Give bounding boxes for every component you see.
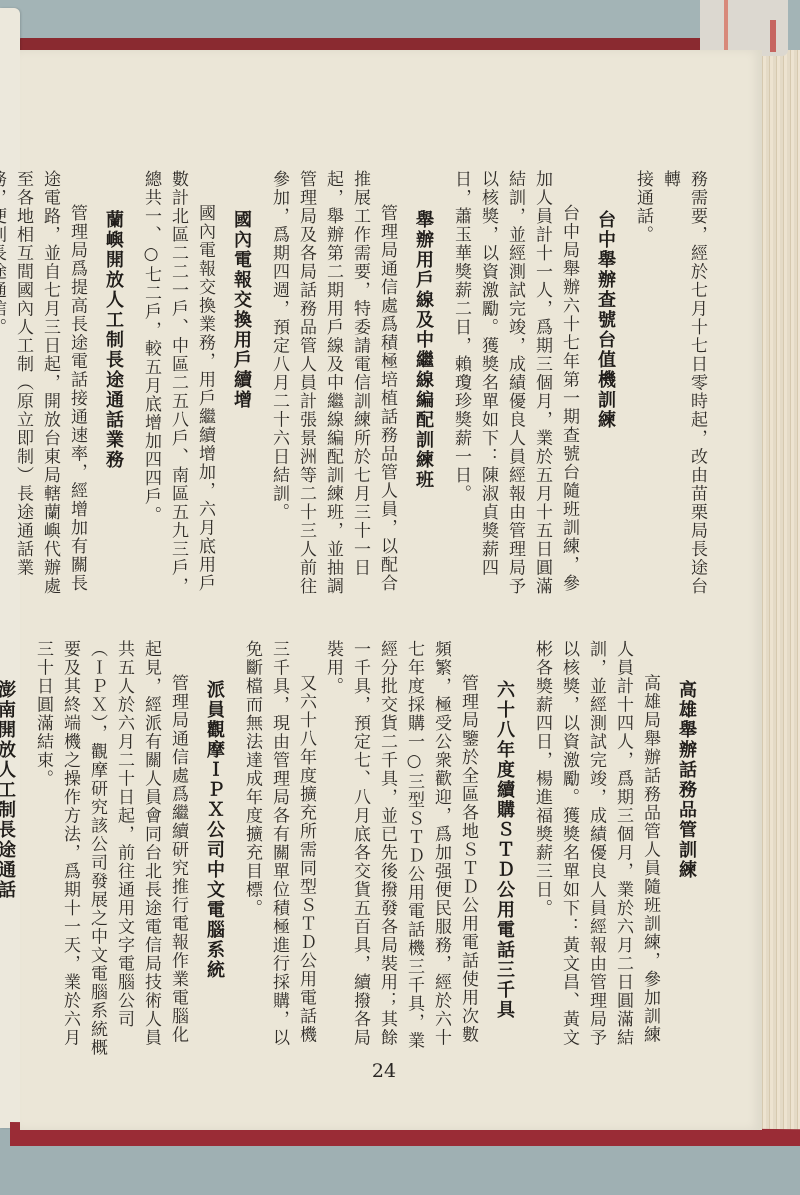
section-heading: 高雄舉辦話務品管訓練 [673,640,700,1060]
clip-stripe-2 [770,20,776,52]
section-heading: 蘭嶼開放人工制長途通話業務 [100,170,127,610]
section-paragraph: 管理局通信處爲積極培植話務品管人員，以配合推展工作需要，特委請電信訓練所於七月三… [265,170,400,610]
page-number: 24 [364,1060,404,1082]
section-heading: 舉辦用戶線及中繼線編配訓練班 [410,170,437,610]
clip-stripe [724,0,728,50]
section-heading: 澎南開放人工制長途通話 [0,640,19,1060]
section-paragraph: 管理局爲提高長途電話接通速率，經增加有關長途電路，並自七月三日起，開放台東局轄蘭… [0,170,90,610]
section-paragraph: 高雄局舉辦話務品管人員隨班訓練，參加訓練人員計十四人，爲期三個月，業於六月二日圓… [528,640,663,1060]
section-heading: 派員觀摩ＩＰＸ公司中文電腦系統 [201,640,228,1060]
lower-text-block: 高雄舉辦話務品管訓練 高雄局舉辦話務品管人員隨班訓練，參加訓練人員計十四人，爲期… [0,640,710,1060]
continuation-line: 務需要，經於七月十七日零時起，改由苗栗局長途台轉 [656,170,710,610]
section-heading: 台中舉辦查號台值機訓練 [592,170,619,610]
section-paragraph: 台中局舉辦六十七年第一期查號台隨班訓練，參加人員計十一人，爲期三個月，業於五月十… [447,170,582,610]
section-paragraph: 國內電報交換業務，用戶繼續增加，六月底用戶數計北區二二一戶、中區二五八戶、南區五… [137,170,218,610]
clip-tab [700,0,788,56]
section-paragraph: 管理局鑒於全區各地ＳＴＤ公用電話使用次數頻繁，極受公衆歡迎，爲加强便民服務，經於… [319,640,481,1060]
continuation-line: 接通話。 [629,170,656,610]
section-paragraph: 又六十八年度擴充所需同型ＳＴＤ公用電話機三千具，現由管理局各有關單位積極進行採購… [238,640,319,1060]
section-heading: 國內電報交換用戶續增 [228,170,255,610]
section-heading: 六十八年度續購ＳＴＤ公用電話三千具 [491,640,518,1060]
section-paragraph: 管理局通信處爲繼續研究推行電報作業電腦化起見，經派有關人員會同台北長途電信局技術… [29,640,191,1060]
upper-text-block: 務需要，經於七月十七日零時起，改由苗栗局長途台轉 接通話。 台中舉辦查號台值機訓… [0,170,710,610]
